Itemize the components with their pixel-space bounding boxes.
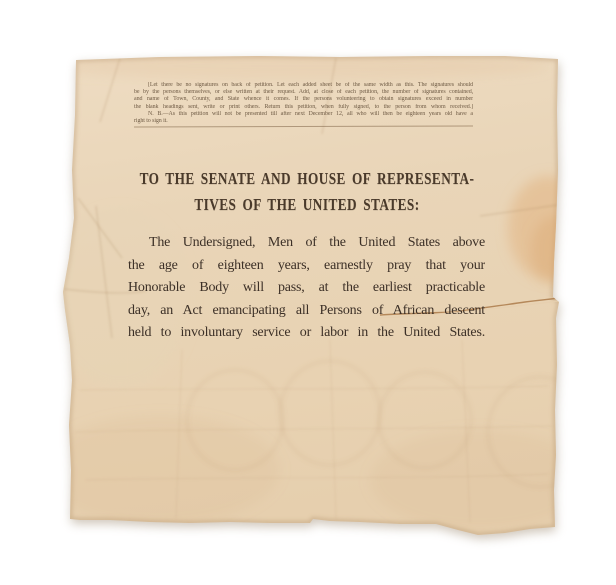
body-text-line: held to involuntary service or labor in … [128,322,485,345]
fine-print-nb-line: N. B.—As this petition will not be prese… [134,111,473,118]
body-text-line: Honorable Body will pass, at the earlies… [128,277,485,300]
fine-print-line: the blank headings sent, write or print … [134,104,473,111]
stain-upper-right-core [531,216,579,284]
fine-print-line: [Let there be no signatures on back of p… [134,82,473,89]
body-text-line: day, an Act emancipating all Persons of … [128,300,485,323]
top-toning [50,52,550,80]
fine-print-line: be by the persons themselves, or else wr… [134,89,473,96]
body-text-line: The Undersigned, Men of the United State… [128,232,485,255]
fine-print-line: and name of Town, County, and State when… [134,96,473,103]
body-text-line: the age of eighteen years, earnestly pra… [128,255,485,278]
petition-heading: TO THE SENATE AND HOUSE OF REPRESENTA- T… [140,166,475,218]
instructions-fine-print: [Let there be no signatures on back of p… [134,82,473,125]
mottling-bottom-right [370,430,590,530]
heading-line: TIVES OF THE UNITED STATES: [140,192,475,218]
document-photo: [Let there be no signatures on back of p… [0,0,616,585]
petition-body: The Undersigned, Men of the United State… [128,232,485,345]
heading-line: TO THE SENATE AND HOUSE OF REPRESENTA- [140,166,475,192]
fine-print-last-line: right to sign it. [134,118,473,125]
